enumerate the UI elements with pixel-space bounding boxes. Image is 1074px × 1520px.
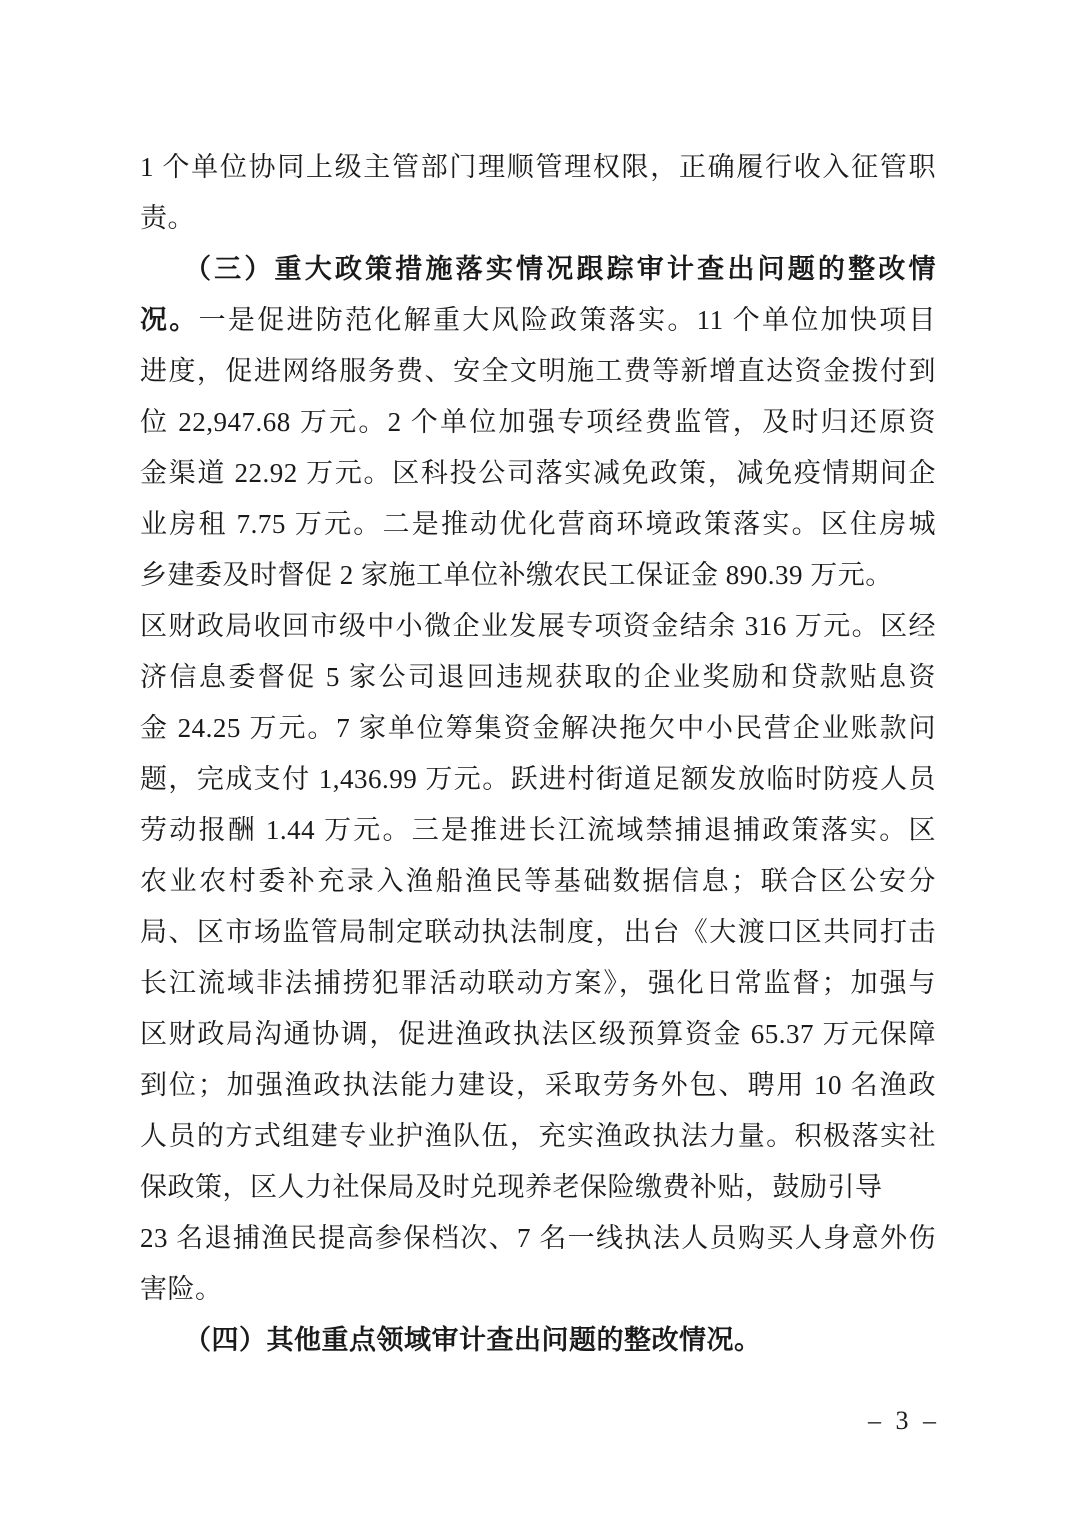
body-line: 劳动报酬 1.44 万元。三是推进长江流域禁捕退捕政策落实。区 xyxy=(140,805,936,856)
body-line: 乡建委及时督促 2 家施工单位补缴农民工保证金 890.39 万元。 xyxy=(140,550,936,601)
body-line: 况。一是促进防范化解重大风险政策落实。11 个单位加快项目 xyxy=(140,295,936,346)
body-line: 进度，促进网络服务费、安全文明施工费等新增直达资金拨付到 xyxy=(140,346,936,397)
section-heading-4: （四）其他重点领域审计查出问题的整改情况。 xyxy=(140,1315,936,1366)
body-text: 一是促进防范化解重大风险政策落实。11 个单位加快项目 xyxy=(199,305,936,335)
body-line: 人员的方式组建专业护渔队伍，充实渔政执法力量。积极落实社 xyxy=(140,1111,936,1162)
body-line: 23 名退捕渔民提高参保档次、7 名一线执法人员购买人身意外伤 xyxy=(140,1213,936,1264)
heading-continuation: 况。 xyxy=(140,305,199,335)
document-page: 1 个单位协同上级主管部门理顺管理权限，正确履行收入征管职 责。 （三）重大政策… xyxy=(0,0,1074,1520)
body-line: 位 22,947.68 万元。2 个单位加强专项经费监管，及时归还原资 xyxy=(140,397,936,448)
body-line: 金 24.25 万元。7 家单位筹集资金解决拖欠中小民营企业账款问 xyxy=(140,703,936,754)
body-line: 到位；加强渔政执法能力建设，采取劳务外包、聘用 10 名渔政 xyxy=(140,1060,936,1111)
body-line: 金渠道 22.92 万元。区科投公司落实减免政策，减免疫情期间企 xyxy=(140,448,936,499)
section-heading-3: （三）重大政策措施落实情况跟踪审计查出问题的整改情 xyxy=(140,244,936,295)
body-line: 区财政局沟通协调，促进渔政执法区级预算资金 65.37 万元保障 xyxy=(140,1009,936,1060)
body-line: 业房租 7.75 万元。二是推动优化营商环境政策落实。区住房城 xyxy=(140,499,936,550)
body-line: 区财政局收回市级中小微企业发展专项资金结余 316 万元。区经 xyxy=(140,601,936,652)
body-line: 害险。 xyxy=(140,1264,936,1315)
page-number: – 3 – xyxy=(740,1404,940,1438)
body-line: 责。 xyxy=(140,193,936,244)
document-body: 1 个单位协同上级主管部门理顺管理权限，正确履行收入征管职 责。 （三）重大政策… xyxy=(140,142,936,1366)
body-line: 1 个单位协同上级主管部门理顺管理权限，正确履行收入征管职 xyxy=(140,142,936,193)
body-line: 农业农村委补充录入渔船渔民等基础数据信息；联合区公安分 xyxy=(140,856,936,907)
body-line: 题，完成支付 1,436.99 万元。跃进村街道足额发放临时防疫人员 xyxy=(140,754,936,805)
body-line: 长江流域非法捕捞犯罪活动联动方案》，强化日常监督；加强与 xyxy=(140,958,936,1009)
body-line: 局、区市场监管局制定联动执法制度，出台《大渡口区共同打击 xyxy=(140,907,936,958)
body-line: 保政策，区人力社保局及时兑现养老保险缴费补贴，鼓励引导 xyxy=(140,1162,936,1213)
body-line: 济信息委督促 5 家公司退回违规获取的企业奖励和贷款贴息资 xyxy=(140,652,936,703)
